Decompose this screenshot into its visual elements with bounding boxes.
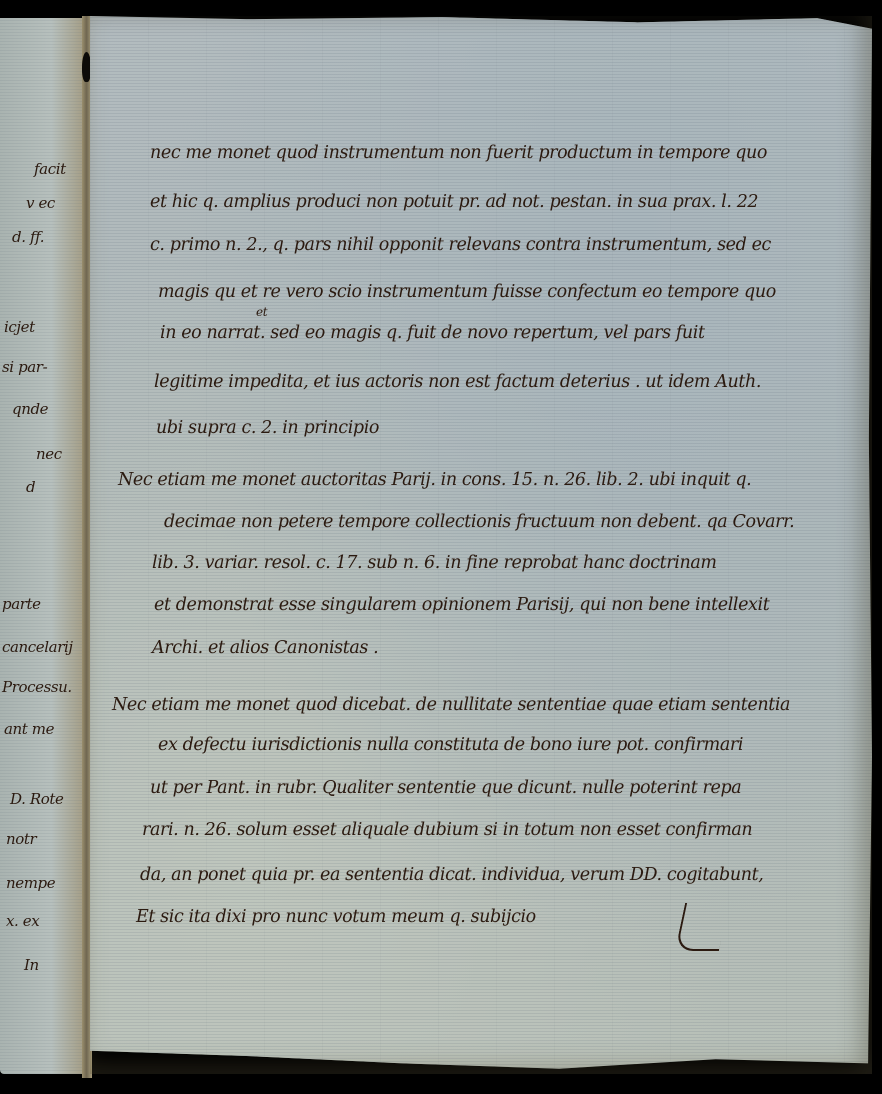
text-line: ex defectu iurisdictionis nulla constitu… [158,735,743,755]
left-line: v ec [26,194,55,212]
left-line: si par- [2,358,47,376]
text-line: ut per Pant. in rubr. Qualiter sententie… [150,778,741,798]
text-line: legitime impedita, et ius actoris non es… [154,372,761,392]
text-line: Archi. et alios Canonistas . [152,638,378,658]
text-line: decimae non petere tempore collectionis … [164,512,794,532]
text-line: ubi supra c. 2. in principio [156,418,379,438]
text-line: et hic q. amplius produci non potuit pr.… [150,192,758,212]
text-line: Nec etiam me monet auctoritas Parij. in … [118,470,751,490]
left-line: cancelarij [2,638,73,656]
left-line: facit [34,160,66,178]
text-line: magis qu et re vero scio instrumentum fu… [158,282,776,302]
left-line: notr [6,830,36,848]
text-line: in eo narrat. sed eo magis q. fuit de no… [160,323,705,343]
manuscript-scan: facit v ec d. ff. icjet si par- qnde nec… [0,0,882,1094]
left-line: d. ff. [12,228,44,246]
interlinear-insertion: et [256,305,267,319]
left-line: Processu. [2,678,72,696]
text-line: et demonstrat esse singularem opinionem … [154,595,769,615]
left-line: d [26,478,35,496]
left-line: qnde [12,400,48,418]
ink-blot-mark [82,52,91,82]
text-line: nec me monet quod instrumentum non fueri… [150,143,767,163]
text-line: Nec etiam me monet quod dicebat. de null… [112,695,790,715]
left-line: ant me [4,720,54,738]
left-line: nempe [6,874,55,892]
text-line: lib. 3. variar. resol. c. 17. sub n. 6. … [152,553,717,573]
text-line: da, an ponet quia pr. ea sententia dicat… [140,865,763,885]
left-line: In [24,956,39,974]
left-line: D. Rote [10,790,63,808]
left-line: parte [2,595,41,613]
left-line: nec [36,445,62,463]
text-line: Et sic ita dixi pro nunc votum meum q. s… [136,907,536,927]
right-page-text: nec me monet quod instrumentum non fueri… [0,0,882,19]
left-line: x. ex [6,912,39,930]
text-line: c. primo n. 2., q. pars nihil opponit re… [150,235,771,255]
left-line: icjet [4,318,35,336]
text-line: rari. n. 26. solum esset aliquale dubium… [142,820,752,840]
